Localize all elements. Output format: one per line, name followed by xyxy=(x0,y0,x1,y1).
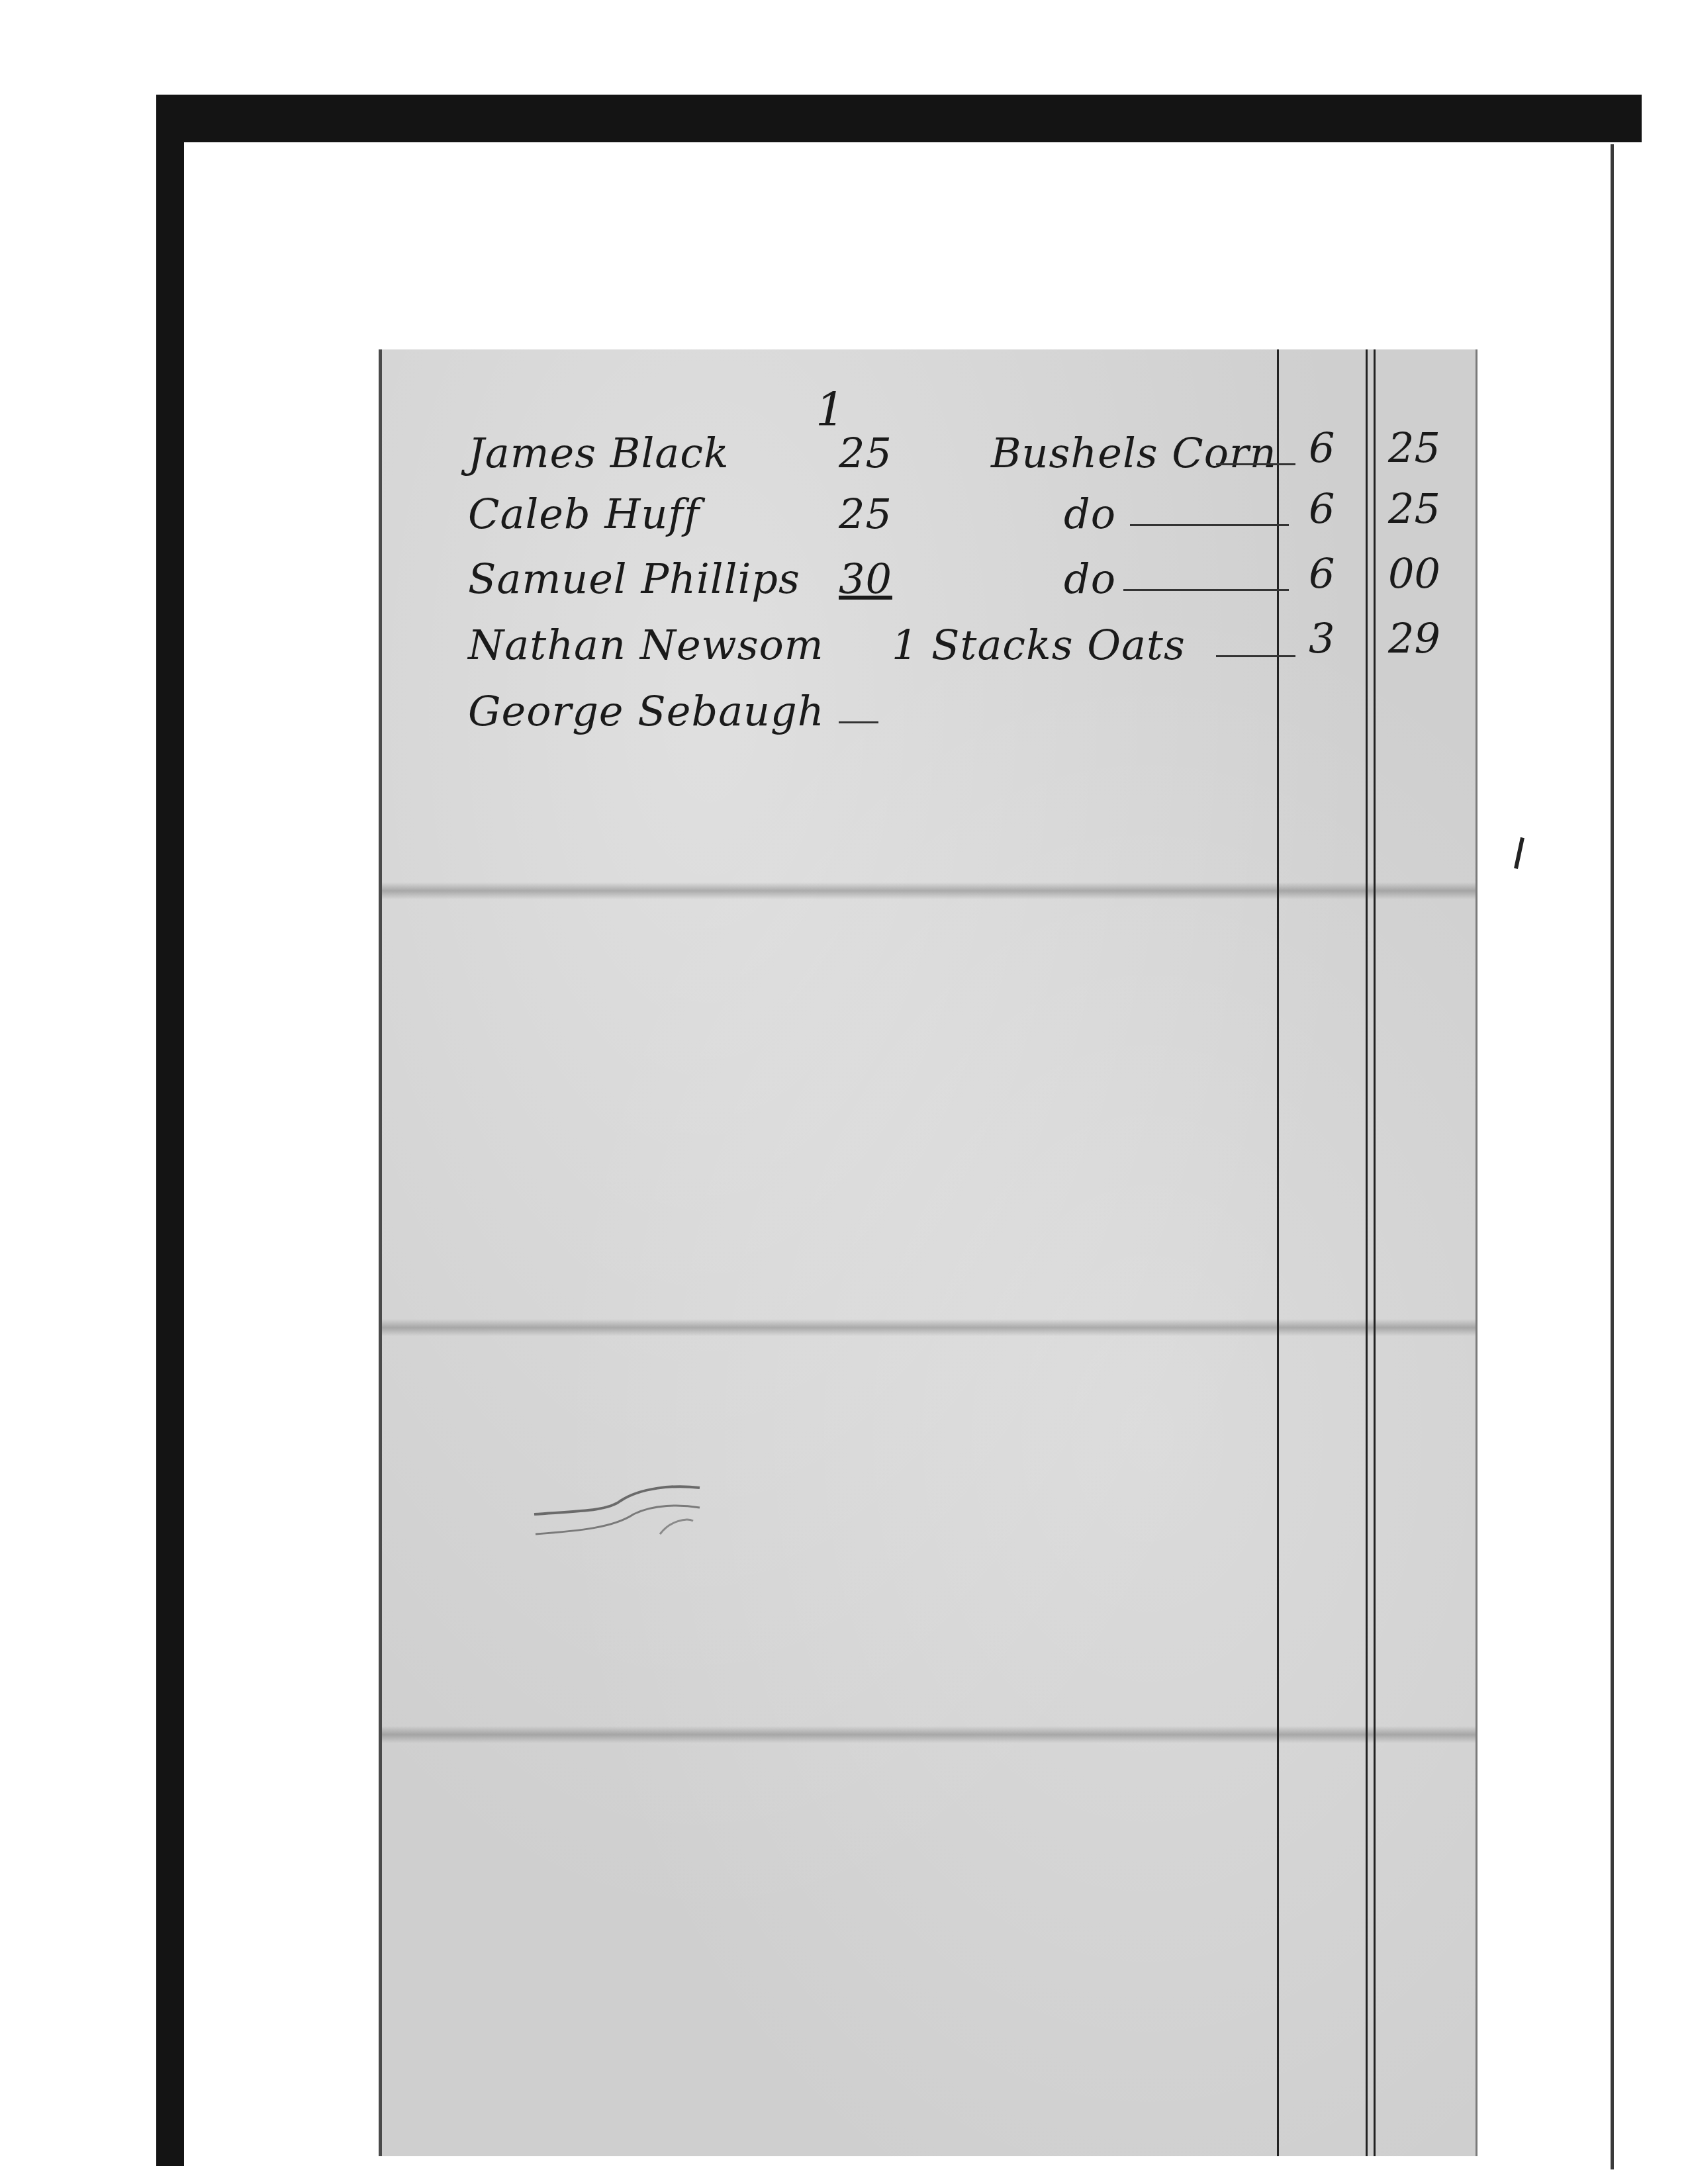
entry-item: do xyxy=(1064,490,1116,538)
scan-border-left xyxy=(156,95,184,2166)
entry-quantity: 25 xyxy=(839,429,892,477)
entry-quantity: 1 xyxy=(892,621,918,669)
scan-border-top xyxy=(156,95,1642,142)
entry-name: Nathan Newsom xyxy=(468,621,824,669)
entry-name: Caleb Huff xyxy=(468,490,700,538)
entry-item: Bushels Corn xyxy=(991,429,1277,477)
leader-line xyxy=(1216,463,1295,465)
entry-name: Samuel Phillips xyxy=(468,555,800,603)
entry-quantity: 25 xyxy=(839,490,892,538)
entry-dollars: 6 xyxy=(1309,424,1335,472)
ledger-entry: Nathan Newsom 1 Stacks Oats xyxy=(468,621,824,669)
leader-line xyxy=(1123,589,1289,591)
ledger-entry: George Sebaugh xyxy=(468,687,825,735)
entry-cents: 00 xyxy=(1388,549,1440,598)
leader-line xyxy=(1216,655,1295,657)
entry-item: do xyxy=(1064,555,1116,603)
ledger-paper: 1 James Black 25 Bushels Corn Caleb Huff… xyxy=(379,349,1477,2156)
fold-crease xyxy=(382,882,1476,899)
ledger-entry: Samuel Phillips 30 do xyxy=(468,555,800,603)
scan-edge-line xyxy=(1611,144,1614,2169)
entry-item: Stacks Oats xyxy=(931,621,1186,669)
leader-line xyxy=(839,721,878,723)
fold-crease xyxy=(382,1319,1476,1336)
leader-line xyxy=(1130,524,1289,526)
fold-crease xyxy=(382,1726,1476,1743)
entry-cents: 29 xyxy=(1388,614,1440,662)
entry-dollars: 6 xyxy=(1309,549,1335,598)
entry-name: George Sebaugh xyxy=(468,687,825,735)
entry-quantity: 30 xyxy=(839,555,892,603)
entry-cents: 25 xyxy=(1388,484,1440,533)
dollars-column-rule xyxy=(1277,349,1279,2156)
cents-column-rule-left xyxy=(1366,349,1368,2156)
entry-dollars: 3 xyxy=(1309,614,1335,662)
ledger-entry: James Black 25 Bushels Corn xyxy=(468,429,729,477)
pencil-scribble xyxy=(528,1481,726,1567)
entry-cents: 25 xyxy=(1388,424,1440,472)
ledger-entry: Caleb Huff 25 do xyxy=(468,490,700,538)
entry-name: James Black xyxy=(468,429,729,477)
entry-dollars: 6 xyxy=(1309,484,1335,533)
cents-column-rule-right xyxy=(1374,349,1376,2156)
